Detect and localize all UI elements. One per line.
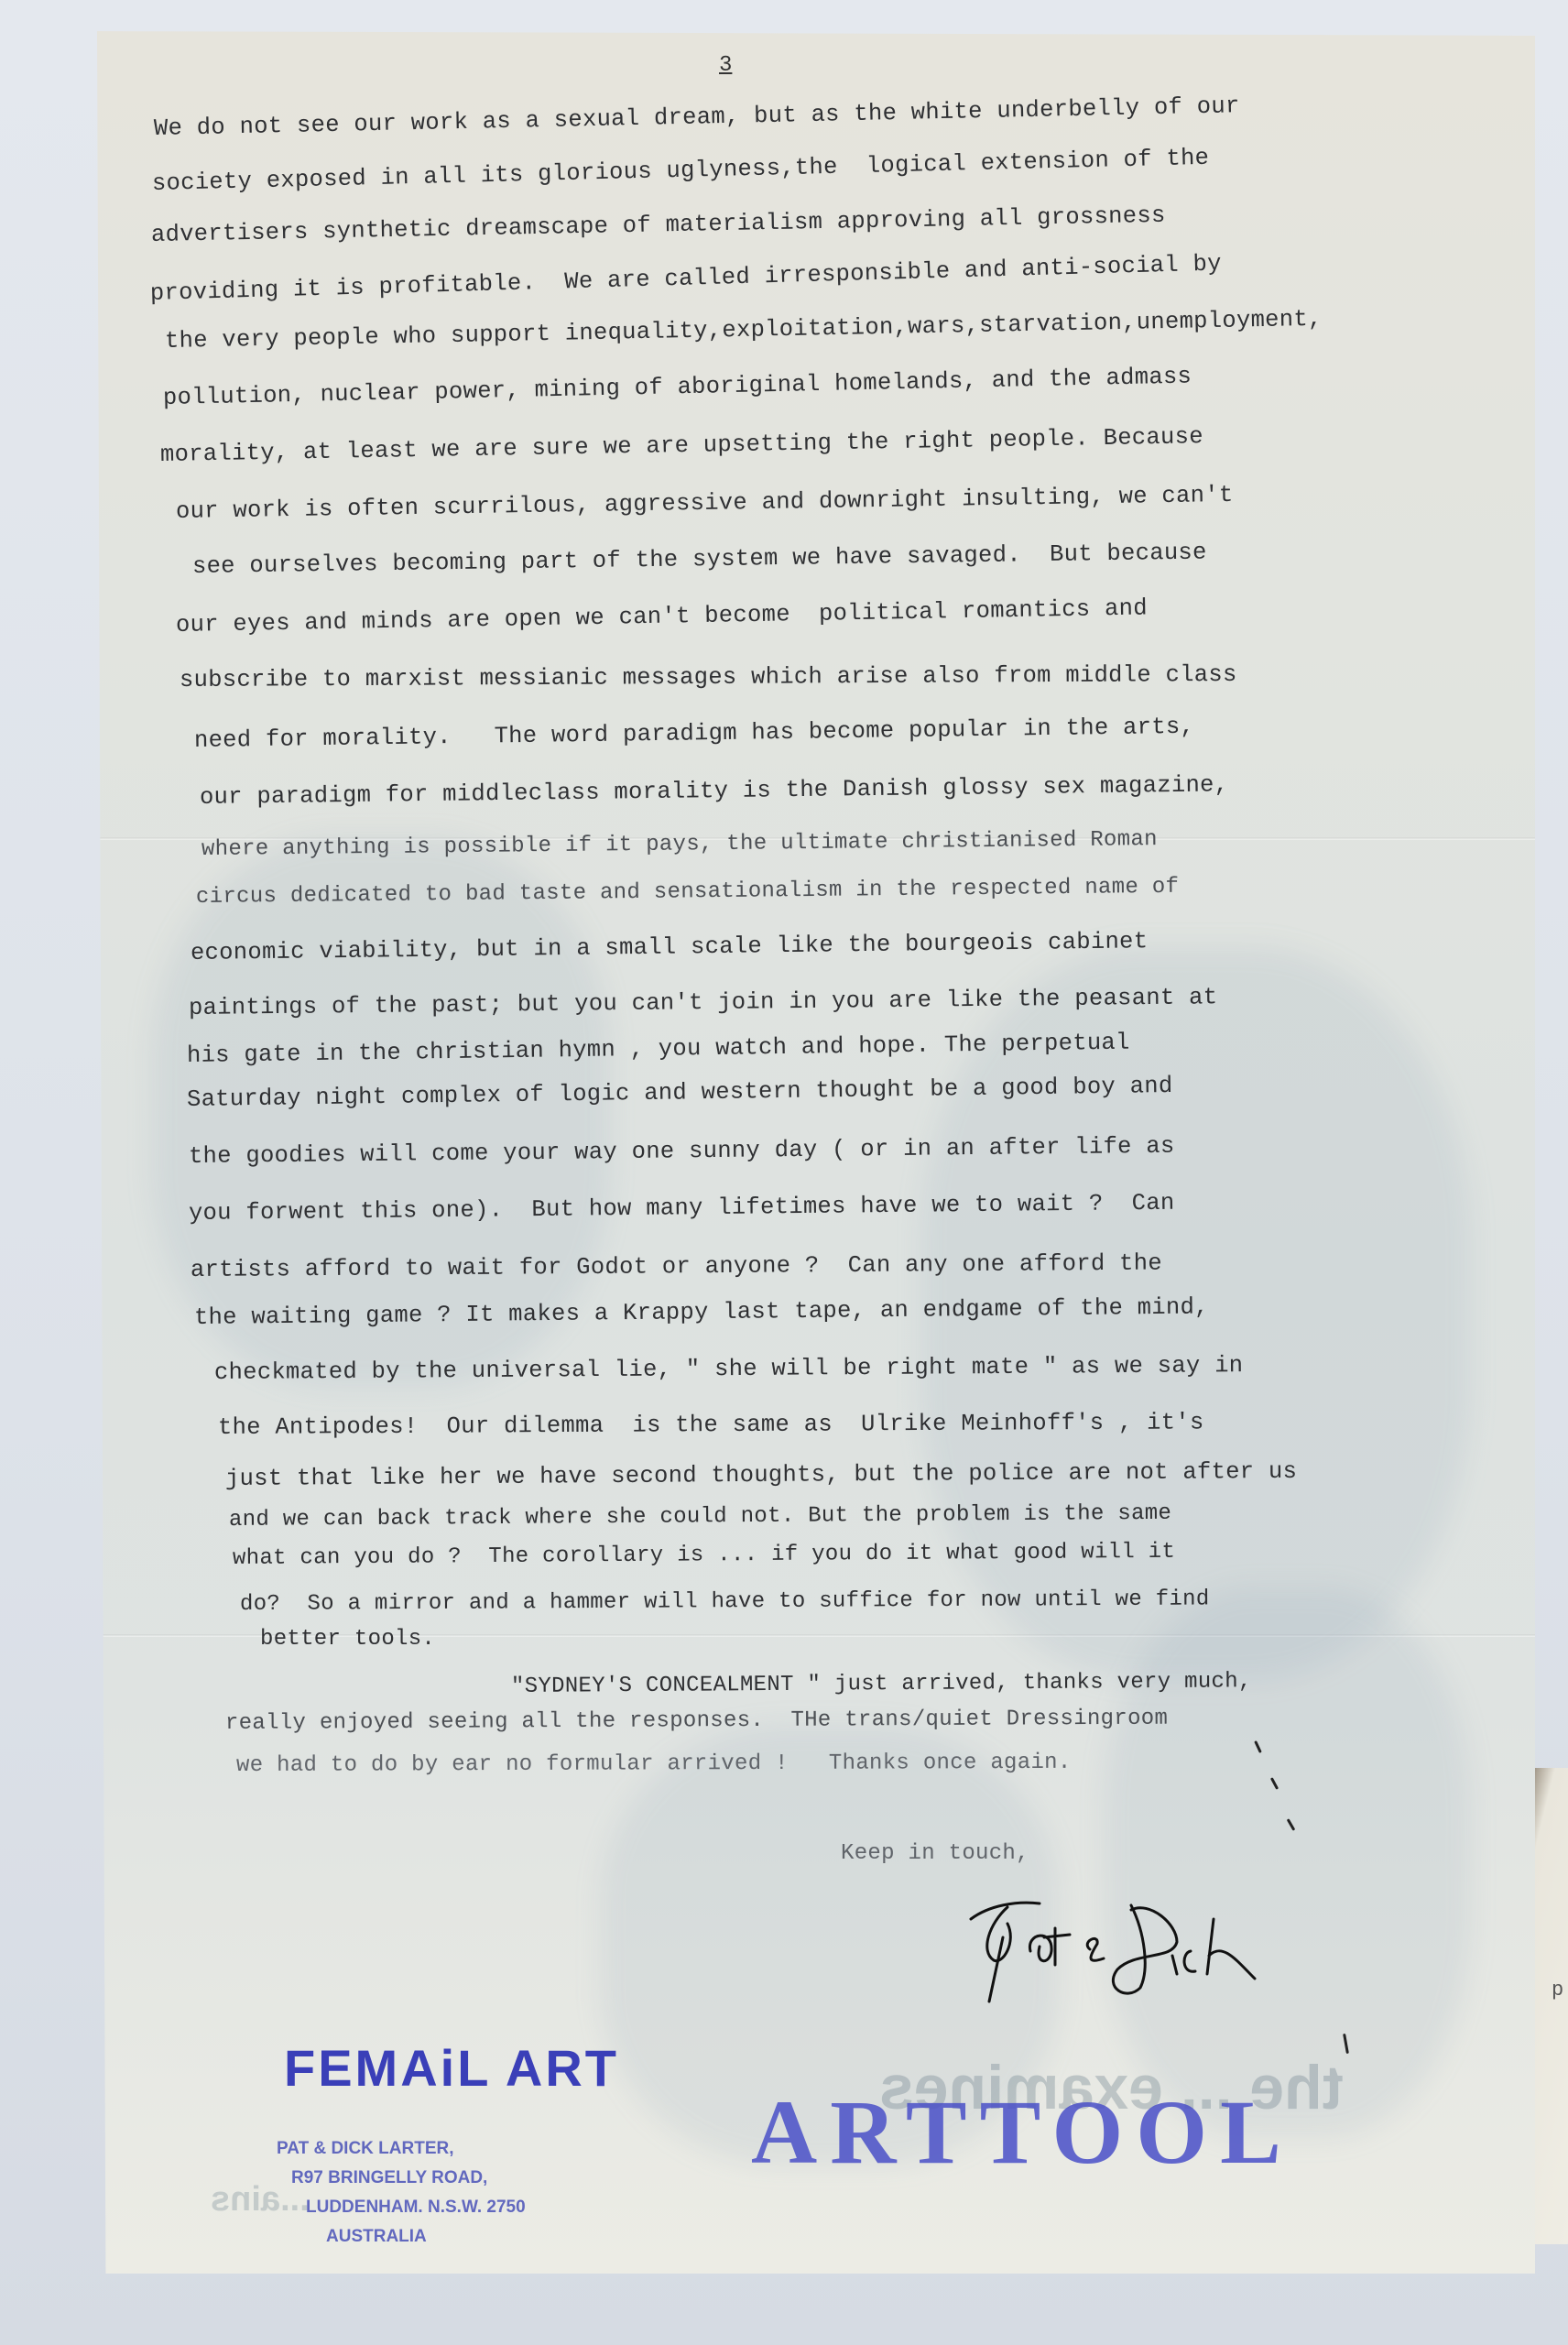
letter-line: the Antipodes! Our dilemma is the same a…	[218, 1409, 1204, 1441]
second-sheet-text: p	[1552, 1979, 1563, 2001]
art-tool-stamp: ARTTOOL	[751, 2079, 1294, 2185]
letter-line: subscribe to marxist messianic messages …	[180, 661, 1237, 693]
letter-line: really enjoyed seeing all the responses.…	[225, 1707, 1168, 1736]
femail-art-stamp: FEMAiL ART	[284, 2038, 619, 2098]
address-stamp-line: R97 BRINGELLY ROAD,	[291, 2169, 487, 2187]
address-stamp-line: PAT & DICK LARTER,	[277, 2140, 454, 2157]
letter-line: "SYDNEY'S CONCEALMENT " just arrived, th…	[511, 1669, 1252, 1699]
handwritten-signature: Pat & Dick	[953, 1887, 1264, 2006]
closing-line: Keep in touch,	[841, 1841, 1029, 1866]
letter-line: better tools.	[260, 1627, 435, 1652]
page-number: 3	[719, 53, 732, 78]
letter-line: we had to do by ear no formular arrived …	[236, 1751, 1072, 1778]
address-stamp-line: LUDDENHAM. N.S.W. 2750	[306, 2198, 526, 2216]
letter-line: do? So a mirror and a hammer will have t…	[240, 1587, 1210, 1617]
address-stamp-line: AUSTRALIA	[326, 2228, 427, 2245]
